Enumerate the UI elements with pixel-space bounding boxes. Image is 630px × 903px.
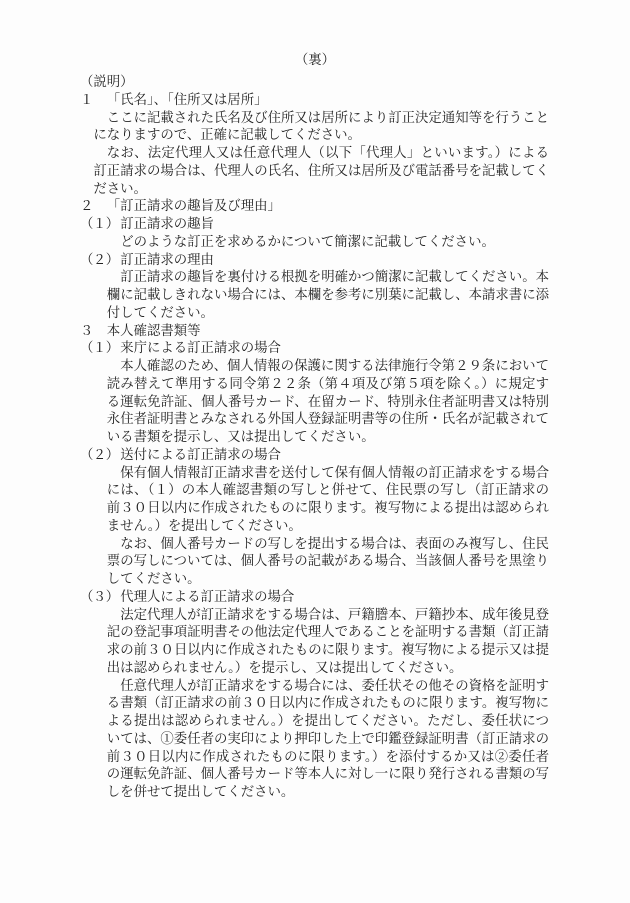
paragraph: 保有個人情報訂正請求書を送付して保有個人情報の訂正請求をする場合 には、（１）の… [0,465,630,536]
text-line: 読み替えて準用する同令第２２条（第４項及び第５項を除く。）に規定す [107,376,549,394]
subsection-title: 訂正請求の趣旨 [120,216,214,234]
text-line: 票の写しについては、個人番号の記載がある場合、当該個人番号を黒塗り [107,553,549,571]
subsection-number: （３） [80,589,120,607]
section-2: ２ 「訂正請求の趣旨及び理由」 （１） 訂正請求の趣旨 どのような訂正を求めるか… [0,198,630,322]
paragraph: なお、法定代理人又は任意代理人（以下「代理人」といいます。）による 訂正請求の場… [0,145,630,198]
paragraph: 訂正請求の趣旨を裏付ける根拠を明確かつ簡潔に記載してください。本 欄に記載しきれ… [0,269,630,322]
text-line: よる提出は認められません。）を提出してください。ただし、委任状につ [107,713,549,731]
section-title: 「氏名」、「住所又は居所」 [107,92,268,110]
paragraph: どのような訂正を求めるかについて簡潔に記載してください。 [0,234,630,252]
text-line: の運転免許証、個人番号カード等本人に対し一に限り発行される書類の写 [107,766,549,784]
section-number: ２ [80,198,107,216]
text-line: 前３０日以内に作成されたものに限ります。）を添付するか又は②委任者 [107,749,549,767]
subsection-number: （１） [80,340,120,358]
section-title: 本人確認書類等 [107,323,201,341]
document-body: （説明） １ 「氏名」、「住所又は居所」 ここに記載された氏名及び住所又は居所に… [0,74,630,802]
subsection-heading: （１） 来庁による訂正請求の場合 [80,340,549,358]
text-line: どのような訂正を求めるかについて簡潔に記載してください。 [120,234,549,252]
text-line: になりますので、正確に記載してください。 [93,127,549,145]
subsection-heading: （２） 訂正請求の理由 [80,252,549,270]
section-heading: ２ 「訂正請求の趣旨及び理由」 [80,198,549,216]
subsection-title: 送付による訂正請求の場合 [120,447,281,465]
text-line: 出は認められません。）を提示し、又は提出してください。 [107,660,549,678]
subsection-3-1: （１） 来庁による訂正請求の場合 本人確認のため、個人情報の保護に関する法律施行… [0,340,630,447]
subsection-number: （１） [80,216,120,234]
section-title: 「訂正請求の趣旨及び理由」 [107,198,281,216]
text-line: る運転免許証、個人番号カード、在留カード、特別永住者証明書又は特別 [107,394,549,412]
subsection-heading: （１） 訂正請求の趣旨 [80,216,549,234]
subsection-2-2: （２） 訂正請求の理由 訂正請求の趣旨を裏付ける根拠を明確かつ簡潔に記載してくだ… [0,252,630,323]
text-line: 前３０日以内に作成されたものに限ります。複写物による提出は認められ [107,500,549,518]
subsection-heading: （２） 送付による訂正請求の場合 [80,447,549,465]
section-3: ３ 本人確認書類等 （１） 来庁による訂正請求の場合 本人確認のため、個人情報の… [0,323,630,802]
text-line: 永住者証明書とみなされる外国人登録証明書等の住所・氏名が記載されて [107,411,549,429]
paragraph: 本人確認のため、個人情報の保護に関する法律施行令第２９条において 読み替えて準用… [0,358,630,447]
text-line: 付してください。 [107,305,549,323]
text-line: 本人確認のため、個人情報の保護に関する法律施行令第２９条において [120,358,549,376]
paragraph: 法定代理人が訂正請求をする場合は、戸籍謄本、戸籍抄本、成年後見登 記の登記事項証… [0,607,630,678]
text-line: なお、個人番号カードの写しを提出する場合は、表面のみ複写し、住民 [120,536,549,554]
text-line: 任意代理人が訂正請求をする場合には、委任状その他その資格を証明す [120,678,549,696]
text-line: いる書類を提示し、又は提出してください。 [107,429,549,447]
section-heading: ３ 本人確認書類等 [80,323,549,341]
section-number: １ [80,92,107,110]
text-line: 欄に記載しきれない場合には、本欄を参考に別葉に記載し、本請求書に添 [107,287,549,305]
text-line: いては、①委任者の実印により押印した上で印鑑登録証明書（訂正請求の [107,731,549,749]
text-line: しを併せて提出してください。 [107,784,549,802]
section-1: １ 「氏名」、「住所又は居所」 ここに記載された氏名及び住所又は居所により訂正決… [0,92,630,199]
text-line: ません。）を提出してください。 [107,518,549,536]
text-line: 記の登記事項証明書その他法定代理人であることを証明する書類（訂正請 [107,624,549,642]
text-line: 求の前３０日以内に作成されたものに限ります。複写物による提示又は提 [107,642,549,660]
text-line: 訂正請求の場合は、代理人の氏名、住所又は居所及び電話番号を記載してく [93,163,549,181]
document-page: （裏） （説明） １ 「氏名」、「住所又は居所」 ここに記載された氏名及び住所又… [0,0,630,903]
text-line: なお、法定代理人又は任意代理人（以下「代理人」といいます。）による [107,145,549,163]
subsection-2-1: （１） 訂正請求の趣旨 どのような訂正を求めるかについて簡潔に記載してください。 [0,216,630,252]
text-line: 保有個人情報訂正請求書を送付して保有個人情報の訂正請求をする場合 [120,465,549,483]
subsection-3-3: （３） 代理人による訂正請求の場合 法定代理人が訂正請求をする場合は、戸籍謄本、… [0,589,630,802]
subsection-title: 訂正請求の理由 [120,252,214,270]
page-side-label: （裏） [0,52,630,70]
text-line: ここに記載された氏名及び住所又は居所により訂正決定通知等を行うこと [107,110,549,128]
text-line: 訂正請求の趣旨を裏付ける根拠を明確かつ簡潔に記載してください。本 [120,269,549,287]
explanation-heading: （説明） [80,74,549,92]
text-line: る書類（訂正請求の前３０日以内に作成されたものに限ります。複写物に [107,695,549,713]
text-line: してください。 [107,571,549,589]
subsection-title: 代理人による訂正請求の場合 [120,589,294,607]
section-number: ３ [80,323,107,341]
paragraph: ここに記載された氏名及び住所又は居所により訂正決定通知等を行うこと になりますの… [0,110,630,146]
text-line: には、（１）の本人確認書類の写しと併せて、住民票の写し（訂正請求の [107,482,549,500]
subsection-heading: （３） 代理人による訂正請求の場合 [80,589,549,607]
subsection-title: 来庁による訂正請求の場合 [120,340,281,358]
subsection-number: （２） [80,252,120,270]
text-line: ださい。 [93,181,549,199]
section-heading: １ 「氏名」、「住所又は居所」 [80,92,549,110]
paragraph: なお、個人番号カードの写しを提出する場合は、表面のみ複写し、住民 票の写しについ… [0,536,630,589]
paragraph: 任意代理人が訂正請求をする場合には、委任状その他その資格を証明す る書類（訂正請… [0,678,630,802]
text-line: 法定代理人が訂正請求をする場合は、戸籍謄本、戸籍抄本、成年後見登 [120,607,549,625]
subsection-3-2: （２） 送付による訂正請求の場合 保有個人情報訂正請求書を送付して保有個人情報の… [0,447,630,589]
subsection-number: （２） [80,447,120,465]
